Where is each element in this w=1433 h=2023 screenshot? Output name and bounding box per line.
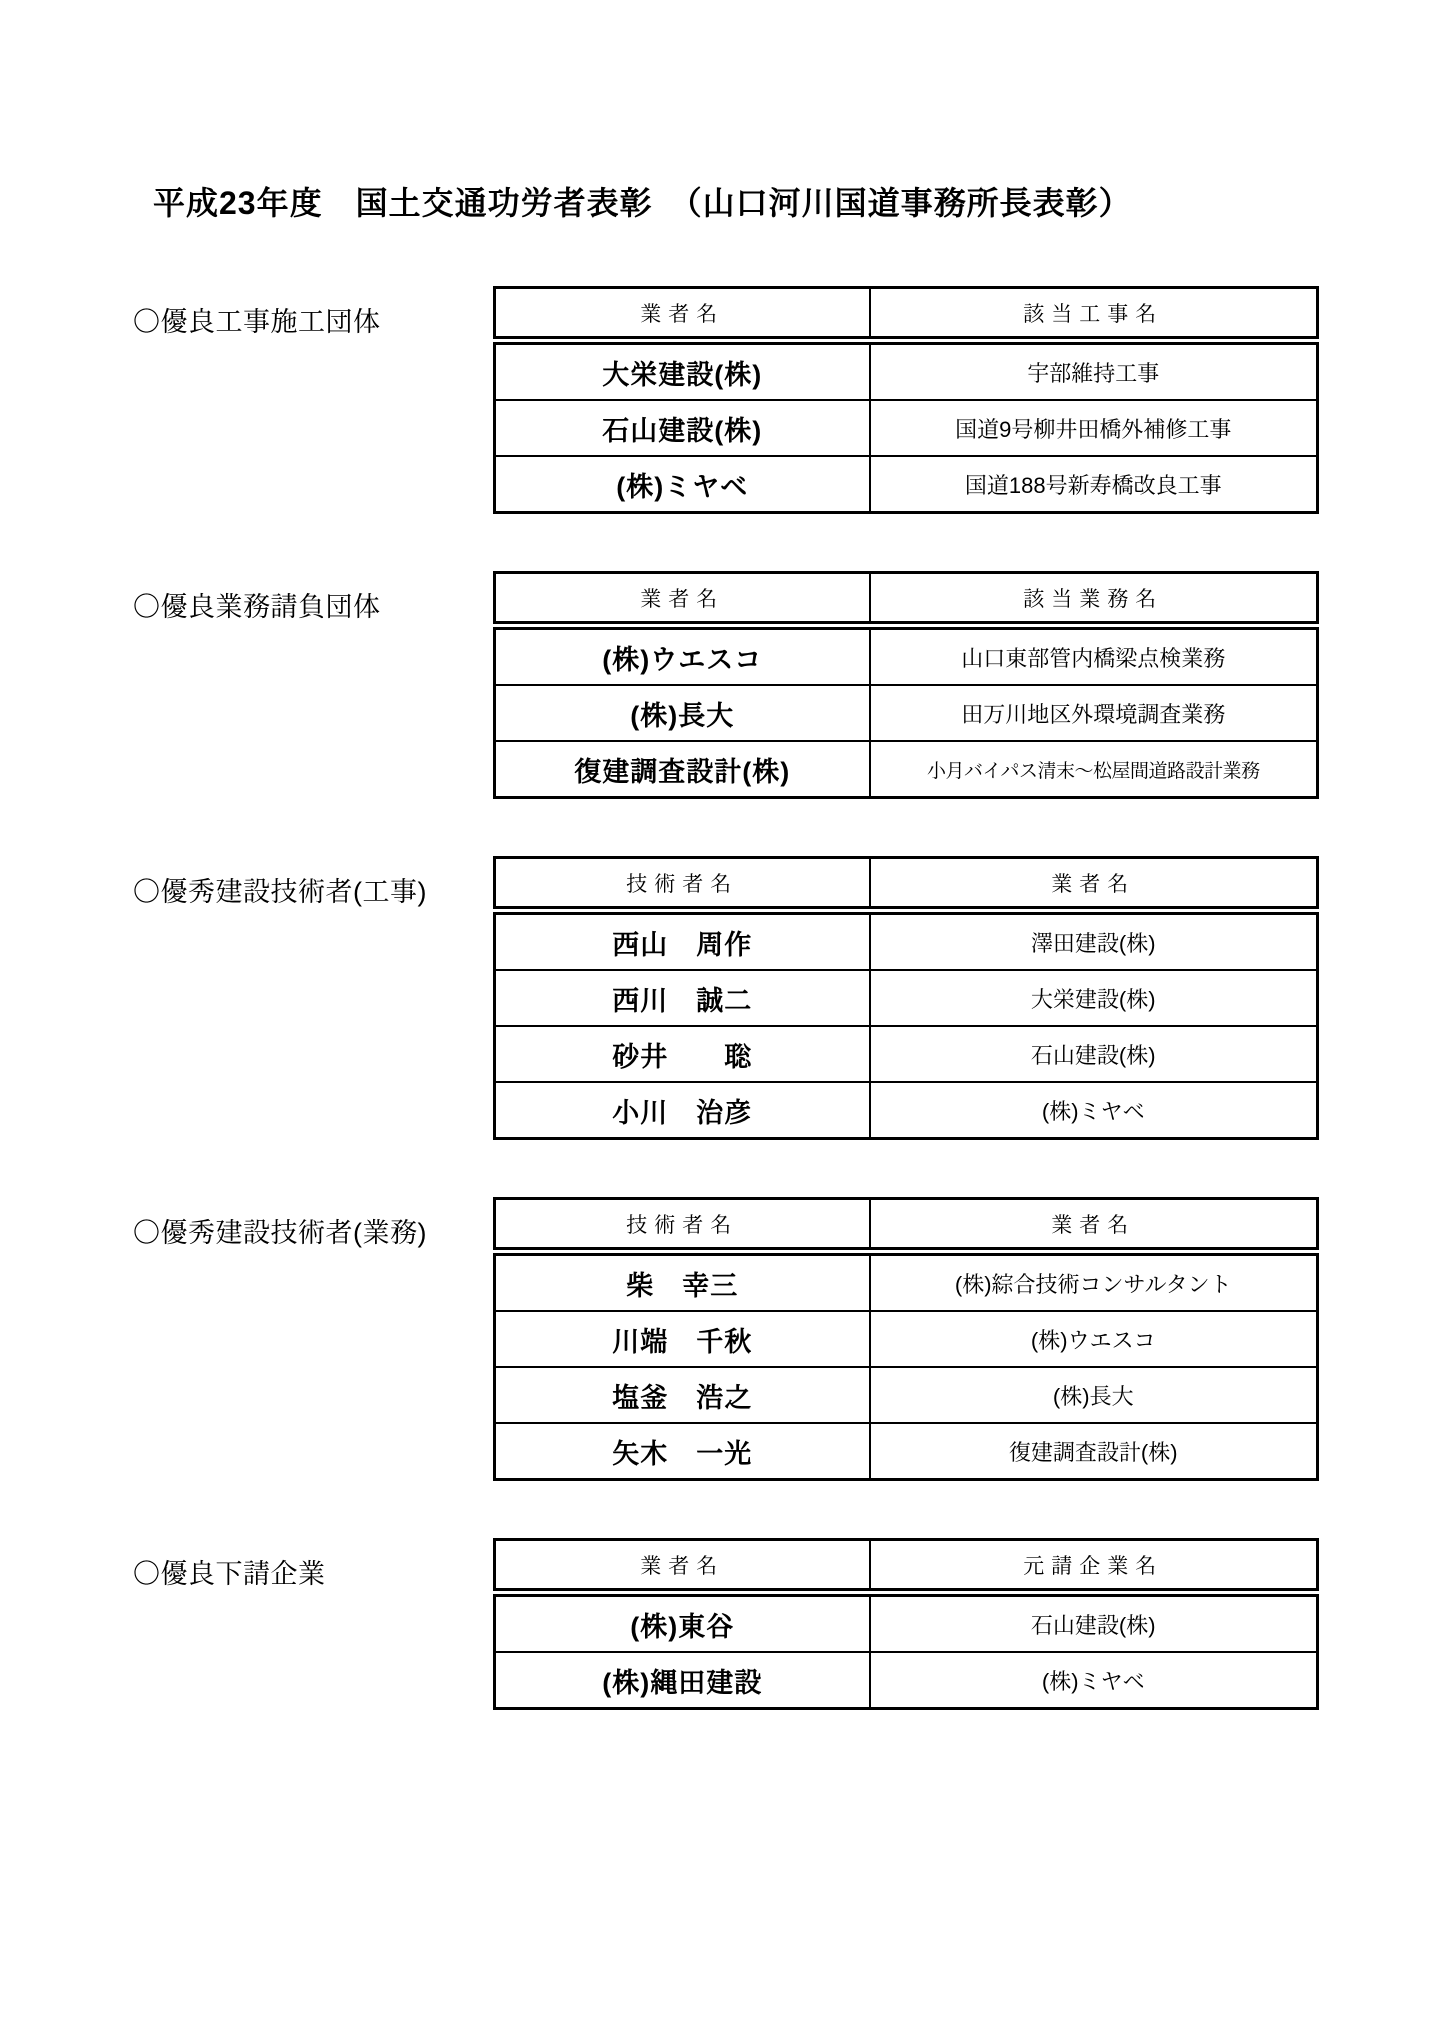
award-section: 〇優秀建設技術者(工事)技術者名業者名西山 周作澤田建設(株)西川 誠二大栄建設… bbox=[0, 856, 1433, 1140]
table-row: 柴 幸三(株)綜合技術コンサルタント bbox=[495, 1252, 1318, 1312]
detail-cell: 石山建設(株) bbox=[870, 1593, 1318, 1653]
name-cell: 砂井 聡 bbox=[495, 1026, 870, 1082]
header-row: 技術者名業者名 bbox=[495, 858, 1318, 911]
detail-cell: 小月バイパス清末～松屋間道路設計業務 bbox=[870, 741, 1318, 798]
detail-cell: 山口東部管内橋梁点検業務 bbox=[870, 626, 1318, 686]
name-cell: 塩釜 浩之 bbox=[495, 1367, 870, 1423]
section-label: 〇優秀建設技術者(業務) bbox=[0, 1197, 493, 1250]
table-row: 塩釜 浩之(株)長大 bbox=[495, 1367, 1318, 1423]
column-header: 元請企業名 bbox=[870, 1540, 1318, 1593]
column-header: 該当工事名 bbox=[870, 288, 1318, 341]
column-header: 技術者名 bbox=[495, 1199, 870, 1252]
award-section: 〇優良業務請負団体業者名該当業務名(株)ウエスコ山口東部管内橋梁点検業務(株)長… bbox=[0, 571, 1433, 799]
award-table: 技術者名業者名西山 周作澤田建設(株)西川 誠二大栄建設(株)砂井 聡石山建設(… bbox=[493, 856, 1319, 1140]
award-table: 業者名該当業務名(株)ウエスコ山口東部管内橋梁点検業務(株)長大田万川地区外環境… bbox=[493, 571, 1319, 799]
table-row: (株)ウエスコ山口東部管内橋梁点検業務 bbox=[495, 626, 1318, 686]
table-row: 復建調査設計(株)小月バイパス清末～松屋間道路設計業務 bbox=[495, 741, 1318, 798]
detail-cell: 田万川地区外環境調査業務 bbox=[870, 685, 1318, 741]
section-label: 〇優良工事施工団体 bbox=[0, 286, 493, 339]
award-table: 技術者名業者名柴 幸三(株)綜合技術コンサルタント川端 千秋(株)ウエスコ塩釜 … bbox=[493, 1197, 1319, 1481]
name-cell: (株)縄田建設 bbox=[495, 1652, 870, 1709]
header-row: 技術者名業者名 bbox=[495, 1199, 1318, 1252]
detail-cell: 澤田建設(株) bbox=[870, 911, 1318, 971]
section-label: 〇優良業務請負団体 bbox=[0, 571, 493, 624]
name-cell: 西川 誠二 bbox=[495, 970, 870, 1026]
document-page: 平成23年度 国土交通功労者表彰 （山口河川国道事務所長表彰） 〇優良工事施工団… bbox=[0, 0, 1433, 2023]
table-row: 西川 誠二大栄建設(株) bbox=[495, 970, 1318, 1026]
header-row: 業者名元請企業名 bbox=[495, 1540, 1318, 1593]
detail-cell: (株)ウエスコ bbox=[870, 1311, 1318, 1367]
table-row: (株)東谷石山建設(株) bbox=[495, 1593, 1318, 1653]
table-row: 石山建設(株)国道9号柳井田橋外補修工事 bbox=[495, 400, 1318, 456]
table-row: (株)縄田建設(株)ミヤベ bbox=[495, 1652, 1318, 1709]
name-cell: 石山建設(株) bbox=[495, 400, 870, 456]
header-row: 業者名該当工事名 bbox=[495, 288, 1318, 341]
table-row: (株)長大田万川地区外環境調査業務 bbox=[495, 685, 1318, 741]
name-cell: (株)長大 bbox=[495, 685, 870, 741]
name-cell: 小川 治彦 bbox=[495, 1082, 870, 1139]
table-row: 小川 治彦(株)ミヤベ bbox=[495, 1082, 1318, 1139]
column-header: 業者名 bbox=[495, 1540, 870, 1593]
sections-container: 〇優良工事施工団体業者名該当工事名大栄建設(株)宇部維持工事石山建設(株)国道9… bbox=[0, 286, 1433, 1710]
table-row: 西山 周作澤田建設(株) bbox=[495, 911, 1318, 971]
detail-cell: 大栄建設(株) bbox=[870, 970, 1318, 1026]
detail-cell: 復建調査設計(株) bbox=[870, 1423, 1318, 1480]
column-header: 業者名 bbox=[870, 858, 1318, 911]
detail-cell: 宇部維持工事 bbox=[870, 341, 1318, 401]
column-header: 技術者名 bbox=[495, 858, 870, 911]
award-section: 〇優良下請企業業者名元請企業名(株)東谷石山建設(株)(株)縄田建設(株)ミヤベ bbox=[0, 1538, 1433, 1710]
name-cell: (株)ミヤベ bbox=[495, 456, 870, 513]
table-row: 砂井 聡石山建設(株) bbox=[495, 1026, 1318, 1082]
name-cell: 矢木 一光 bbox=[495, 1423, 870, 1480]
detail-cell: (株)綜合技術コンサルタント bbox=[870, 1252, 1318, 1312]
name-cell: 西山 周作 bbox=[495, 911, 870, 971]
column-header: 該当業務名 bbox=[870, 573, 1318, 626]
table-row: 大栄建設(株)宇部維持工事 bbox=[495, 341, 1318, 401]
name-cell: 大栄建設(株) bbox=[495, 341, 870, 401]
column-header: 業者名 bbox=[495, 288, 870, 341]
award-section: 〇優良工事施工団体業者名該当工事名大栄建設(株)宇部維持工事石山建設(株)国道9… bbox=[0, 286, 1433, 514]
detail-cell: (株)長大 bbox=[870, 1367, 1318, 1423]
award-table: 業者名該当工事名大栄建設(株)宇部維持工事石山建設(株)国道9号柳井田橋外補修工… bbox=[493, 286, 1319, 514]
detail-cell: 石山建設(株) bbox=[870, 1026, 1318, 1082]
name-cell: 柴 幸三 bbox=[495, 1252, 870, 1312]
section-label: 〇優良下請企業 bbox=[0, 1538, 493, 1591]
detail-cell: 国道9号柳井田橋外補修工事 bbox=[870, 400, 1318, 456]
name-cell: 川端 千秋 bbox=[495, 1311, 870, 1367]
column-header: 業者名 bbox=[870, 1199, 1318, 1252]
section-label: 〇優秀建設技術者(工事) bbox=[0, 856, 493, 909]
detail-cell: (株)ミヤベ bbox=[870, 1652, 1318, 1709]
name-cell: 復建調査設計(株) bbox=[495, 741, 870, 798]
table-row: (株)ミヤベ国道188号新寿橋改良工事 bbox=[495, 456, 1318, 513]
table-row: 矢木 一光復建調査設計(株) bbox=[495, 1423, 1318, 1480]
name-cell: (株)東谷 bbox=[495, 1593, 870, 1653]
table-row: 川端 千秋(株)ウエスコ bbox=[495, 1311, 1318, 1367]
award-section: 〇優秀建設技術者(業務)技術者名業者名柴 幸三(株)綜合技術コンサルタント川端 … bbox=[0, 1197, 1433, 1481]
detail-cell: (株)ミヤベ bbox=[870, 1082, 1318, 1139]
detail-cell: 国道188号新寿橋改良工事 bbox=[870, 456, 1318, 513]
name-cell: (株)ウエスコ bbox=[495, 626, 870, 686]
page-title: 平成23年度 国土交通功労者表彰 （山口河川国道事務所長表彰） bbox=[0, 0, 1433, 224]
column-header: 業者名 bbox=[495, 573, 870, 626]
award-table: 業者名元請企業名(株)東谷石山建設(株)(株)縄田建設(株)ミヤベ bbox=[493, 1538, 1319, 1710]
header-row: 業者名該当業務名 bbox=[495, 573, 1318, 626]
